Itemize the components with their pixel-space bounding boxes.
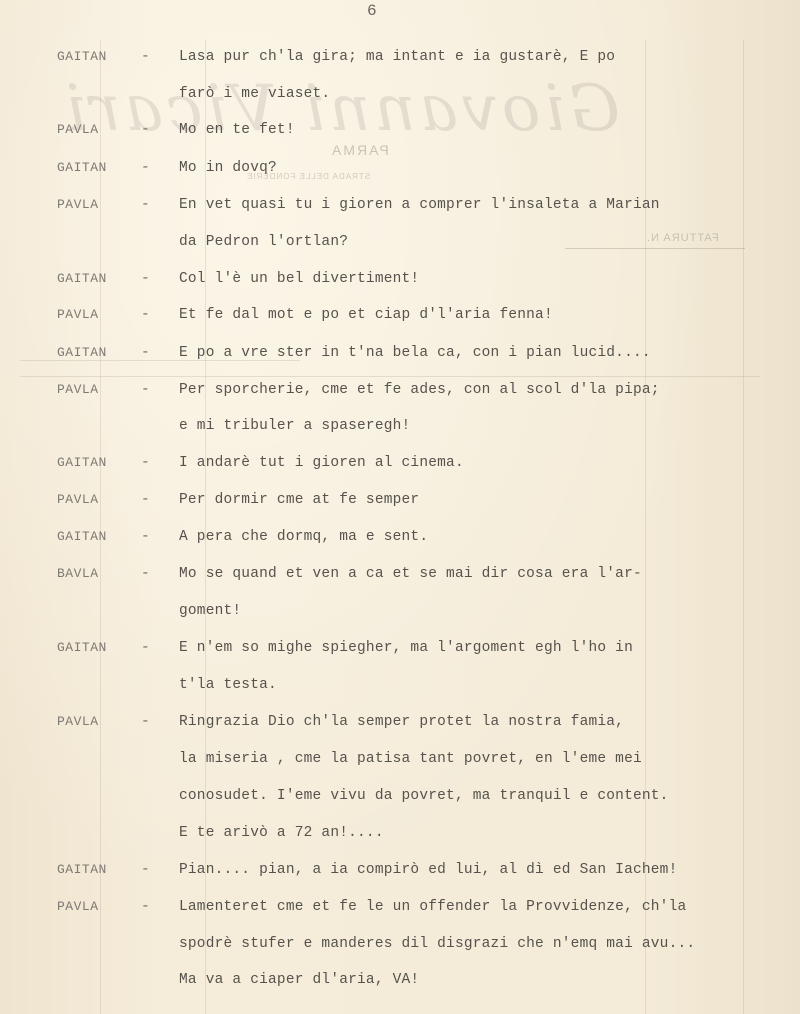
script-line: PAVLA-Per sporcherie, cme et fe ades, co… — [0, 378, 800, 402]
script-line: BAVLA-Mo se quand et ven a ca et se mai … — [0, 562, 800, 586]
dialogue-text: Et fe dal mot e po et ciap d'l'aria fenn… — [179, 303, 553, 327]
dialogue-dash: - — [141, 636, 150, 660]
dialogue-text: goment! — [179, 599, 241, 623]
script-line: GAITAN-Col l'è un bel divertiment! — [0, 267, 800, 291]
script-line: GAITAN-E po a vre ster in t'na bela ca, … — [0, 341, 800, 365]
dialogue-text: Mo in dovq? — [179, 156, 277, 180]
dialogue-text: Lasa pur ch'la gira; ma intant e ia gust… — [179, 45, 615, 69]
script-line: PAVLA-Per dormir cme at fe semper — [0, 488, 800, 512]
dialogue-dash: - — [141, 525, 150, 549]
dialogue-text: En vet quasi tu i gioren a comprer l'ins… — [179, 193, 660, 217]
dialogue-text: Ma va a ciaper dl'aria, VA! — [179, 968, 419, 992]
script-line: farò i me viaset. — [0, 82, 800, 106]
script-line: goment! — [0, 599, 800, 623]
script-line: GAITAN-Mo in dovq? — [0, 156, 800, 180]
speaker-name: PAVLA — [57, 193, 99, 217]
page-number: 6 — [367, 2, 377, 20]
dialogue-dash: - — [141, 303, 150, 327]
script-line: GAITAN-Pian.... pian, a ia compirò ed lu… — [0, 858, 800, 882]
dialogue-text: Ringrazia Dio ch'la semper protet la nos… — [179, 710, 624, 734]
script-line: PAVLA-En vet quasi tu i gioren a comprer… — [0, 193, 800, 217]
dialogue-dash: - — [141, 378, 150, 402]
dialogue-text: A pera che dormq, ma e sent. — [179, 525, 428, 549]
script-line: la miseria , cme la patisa tant povret, … — [0, 747, 800, 771]
script-line: E te arivò a 72 an!.... — [0, 821, 800, 845]
dialogue-dash: - — [141, 193, 150, 217]
script-line: GAITAN-Lasa pur ch'la gira; ma intant e … — [0, 45, 800, 69]
speaker-name: PAVLA — [57, 488, 99, 512]
speaker-name: BAVLA — [57, 562, 99, 586]
dialogue-dash: - — [141, 858, 150, 882]
speaker-name: PAVLA — [57, 378, 99, 402]
script-line: PAVLA-Lamenteret cme et fe le un offende… — [0, 895, 800, 919]
script-line: GAITAN-E n'em so mighe spiegher, ma l'ar… — [0, 636, 800, 660]
dialogue-text: E po a vre ster in t'na bela ca, con i p… — [179, 341, 651, 365]
dialogue-text: Lamenteret cme et fe le un offender la P… — [179, 895, 686, 919]
dialogue-dash: - — [141, 895, 150, 919]
speaker-name: GAITAN — [57, 341, 107, 365]
script-line: PAVLA-Mo en te fet! — [0, 118, 800, 142]
script-line: PAVLA-Et fe dal mot e po et ciap d'l'ari… — [0, 303, 800, 327]
dialogue-text: Mo se quand et ven a ca et se mai dir co… — [179, 562, 642, 586]
dialogue-text: Mo en te fet! — [179, 118, 295, 142]
script-line: PAVLA-Ringrazia Dio ch'la semper protet … — [0, 710, 800, 734]
speaker-name: PAVLA — [57, 710, 99, 734]
dialogue-dash: - — [141, 451, 150, 475]
dialogue-dash: - — [141, 488, 150, 512]
dialogue-text: Col l'è un bel divertiment! — [179, 267, 419, 291]
dialogue-dash: - — [141, 118, 150, 142]
dialogue-text: spodrè stufer e manderes dil disgrazi ch… — [179, 932, 695, 956]
script-line: e mi tribuler a spaseregh! — [0, 414, 800, 438]
ruled-horizontal-line — [20, 376, 760, 377]
script-line: t'la testa. — [0, 673, 800, 697]
dialogue-dash: - — [141, 156, 150, 180]
dialogue-dash: - — [141, 45, 150, 69]
dialogue-text: t'la testa. — [179, 673, 277, 697]
speaker-name: PAVLA — [57, 118, 99, 142]
script-line: GAITAN-I andarè tut i gioren al cinema. — [0, 451, 800, 475]
dialogue-text: Per sporcherie, cme et fe ades, con al s… — [179, 378, 660, 402]
dialogue-dash: - — [141, 710, 150, 734]
dialogue-text: la miseria , cme la patisa tant povret, … — [179, 747, 642, 771]
dialogue-text: conosudet. I'eme vivu da povret, ma tran… — [179, 784, 669, 808]
dialogue-text: Pian.... pian, a ia compirò ed lui, al d… — [179, 858, 677, 882]
script-line: spodrè stufer e manderes dil disgrazi ch… — [0, 932, 800, 956]
speaker-name: GAITAN — [57, 156, 107, 180]
dialogue-text: E n'em so mighe spiegher, ma l'argoment … — [179, 636, 633, 660]
dialogue-dash: - — [141, 267, 150, 291]
script-line: GAITAN-A pera che dormq, ma e sent. — [0, 525, 800, 549]
dialogue-dash: - — [141, 562, 150, 586]
speaker-name: GAITAN — [57, 858, 107, 882]
dialogue-text: Per dormir cme at fe semper — [179, 488, 419, 512]
speaker-name: PAVLA — [57, 303, 99, 327]
dialogue-text: I andarè tut i gioren al cinema. — [179, 451, 464, 475]
speaker-name: GAITAN — [57, 525, 107, 549]
script-line: da Pedron l'ortlan? — [0, 230, 800, 254]
speaker-name: GAITAN — [57, 45, 107, 69]
dialogue-text: e mi tribuler a spaseregh! — [179, 414, 410, 438]
speaker-name: GAITAN — [57, 451, 107, 475]
speaker-name: GAITAN — [57, 636, 107, 660]
dialogue-text: da Pedron l'ortlan? — [179, 230, 348, 254]
dialogue-text: E te arivò a 72 an!.... — [179, 821, 384, 845]
dialogue-dash: - — [141, 341, 150, 365]
speaker-name: PAVLA — [57, 895, 99, 919]
dialogue-text: farò i me viaset. — [179, 82, 330, 106]
script-line: Ma va a ciaper dl'aria, VA! — [0, 968, 800, 992]
speaker-name: GAITAN — [57, 267, 107, 291]
script-line: conosudet. I'eme vivu da povret, ma tran… — [0, 784, 800, 808]
